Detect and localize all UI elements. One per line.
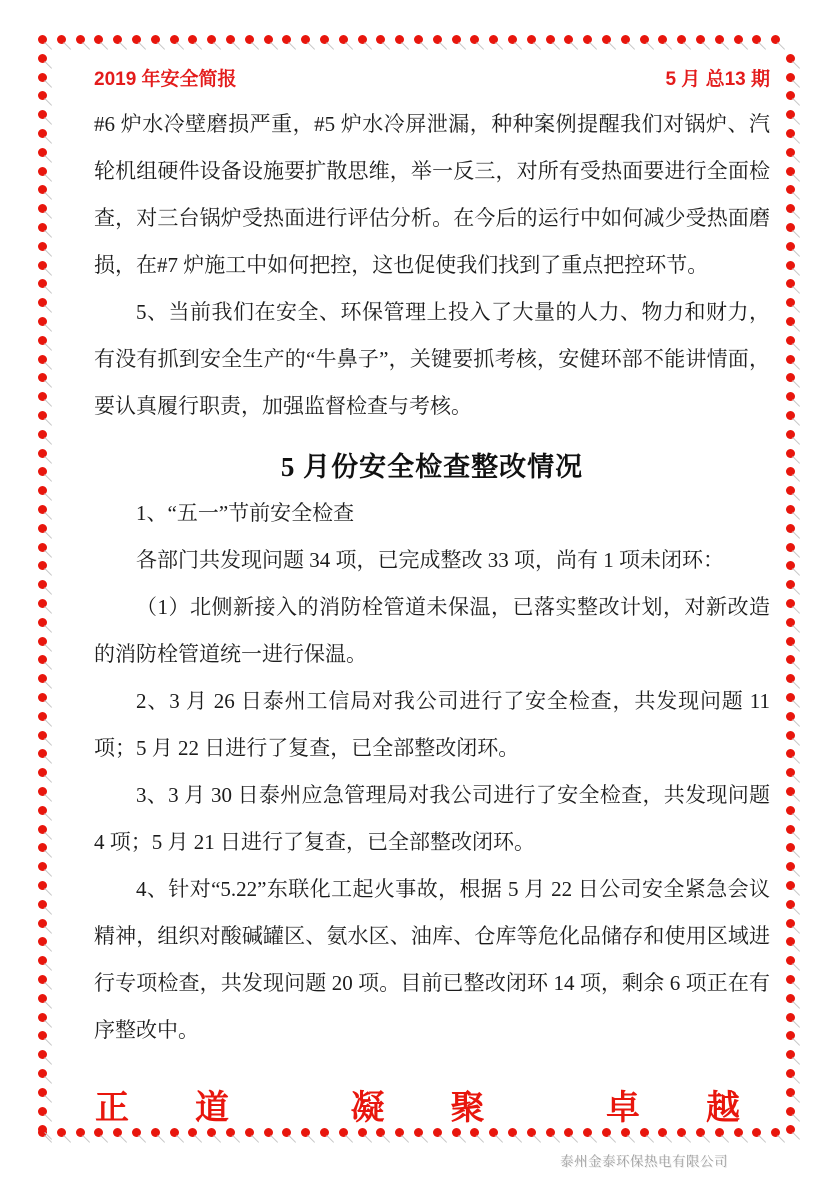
section-paragraph: 各部门共发现问题 34 项，已完成整改 33 项，尚有 1 项未闭环： xyxy=(94,537,770,584)
section-paragraph: 4、针对“5.22”东联化工起火事故，根据 5 月 22 日公司安全紧急会议精神… xyxy=(94,866,770,1054)
slogan-pair: 正 道 xyxy=(95,1080,229,1129)
slogan-char: 凝 xyxy=(351,1080,385,1129)
slogan-char: 正 xyxy=(95,1080,129,1129)
footer-slogan: 正 道 凝 聚 卓 越 xyxy=(95,1080,740,1129)
body-text-block: #6 炉水冷壁磨损严重，#5 炉水冷屏泄漏，种种案例提醒我们对锅炉、汽轮机组硬件… xyxy=(94,101,770,430)
slogan-char: 聚 xyxy=(451,1080,485,1129)
section-text-block: 1、“五一”节前安全检查 各部门共发现问题 34 项，已完成整改 33 项，尚有… xyxy=(94,490,770,1054)
slogan-char: 道 xyxy=(195,1080,229,1129)
company-name: 泰州金泰环保热电有限公司 xyxy=(560,1150,728,1170)
section-paragraph: 2、3 月 26 日泰州工信局对我公司进行了安全检查，共发现问题 11 项；5 … xyxy=(94,678,770,772)
section-paragraph: 1、“五一”节前安全检查 xyxy=(94,490,770,537)
slogan-pair: 卓 越 xyxy=(606,1080,740,1129)
issue-number: 5 月 总13 期 xyxy=(665,64,770,91)
page-header: 2019 年安全简报 5 月 总13 期 xyxy=(94,64,770,91)
body-paragraph: 5、当前我们在安全、环保管理上投入了大量的人力、物力和财力，有没有抓到安全生产的… xyxy=(94,289,770,430)
bulletin-page: 2019 年安全简报 5 月 总13 期 #6 炉水冷壁磨损严重，#5 炉水冷屏… xyxy=(0,0,833,1178)
section-title: 5 月份安全检查整改情况 xyxy=(94,445,770,484)
section-paragraph: 3、3 月 30 日泰州应急管理局对我公司进行了安全检查，共发现问题 4 项；5… xyxy=(94,772,770,866)
slogan-char: 越 xyxy=(706,1080,740,1129)
slogan-pair: 凝 聚 xyxy=(351,1080,485,1129)
section-paragraph: （1）北侧新接入的消防栓管道未保温，已落实整改计划，对新改造的消防栓管道统一进行… xyxy=(94,584,770,678)
bulletin-title: 2019 年安全简报 xyxy=(94,64,237,91)
page-content: 2019 年安全简报 5 月 总13 期 #6 炉水冷壁磨损严重，#5 炉水冷屏… xyxy=(0,0,833,1054)
body-paragraph: #6 炉水冷壁磨损严重，#5 炉水冷屏泄漏，种种案例提醒我们对锅炉、汽轮机组硬件… xyxy=(94,101,770,289)
slogan-char: 卓 xyxy=(606,1080,640,1129)
